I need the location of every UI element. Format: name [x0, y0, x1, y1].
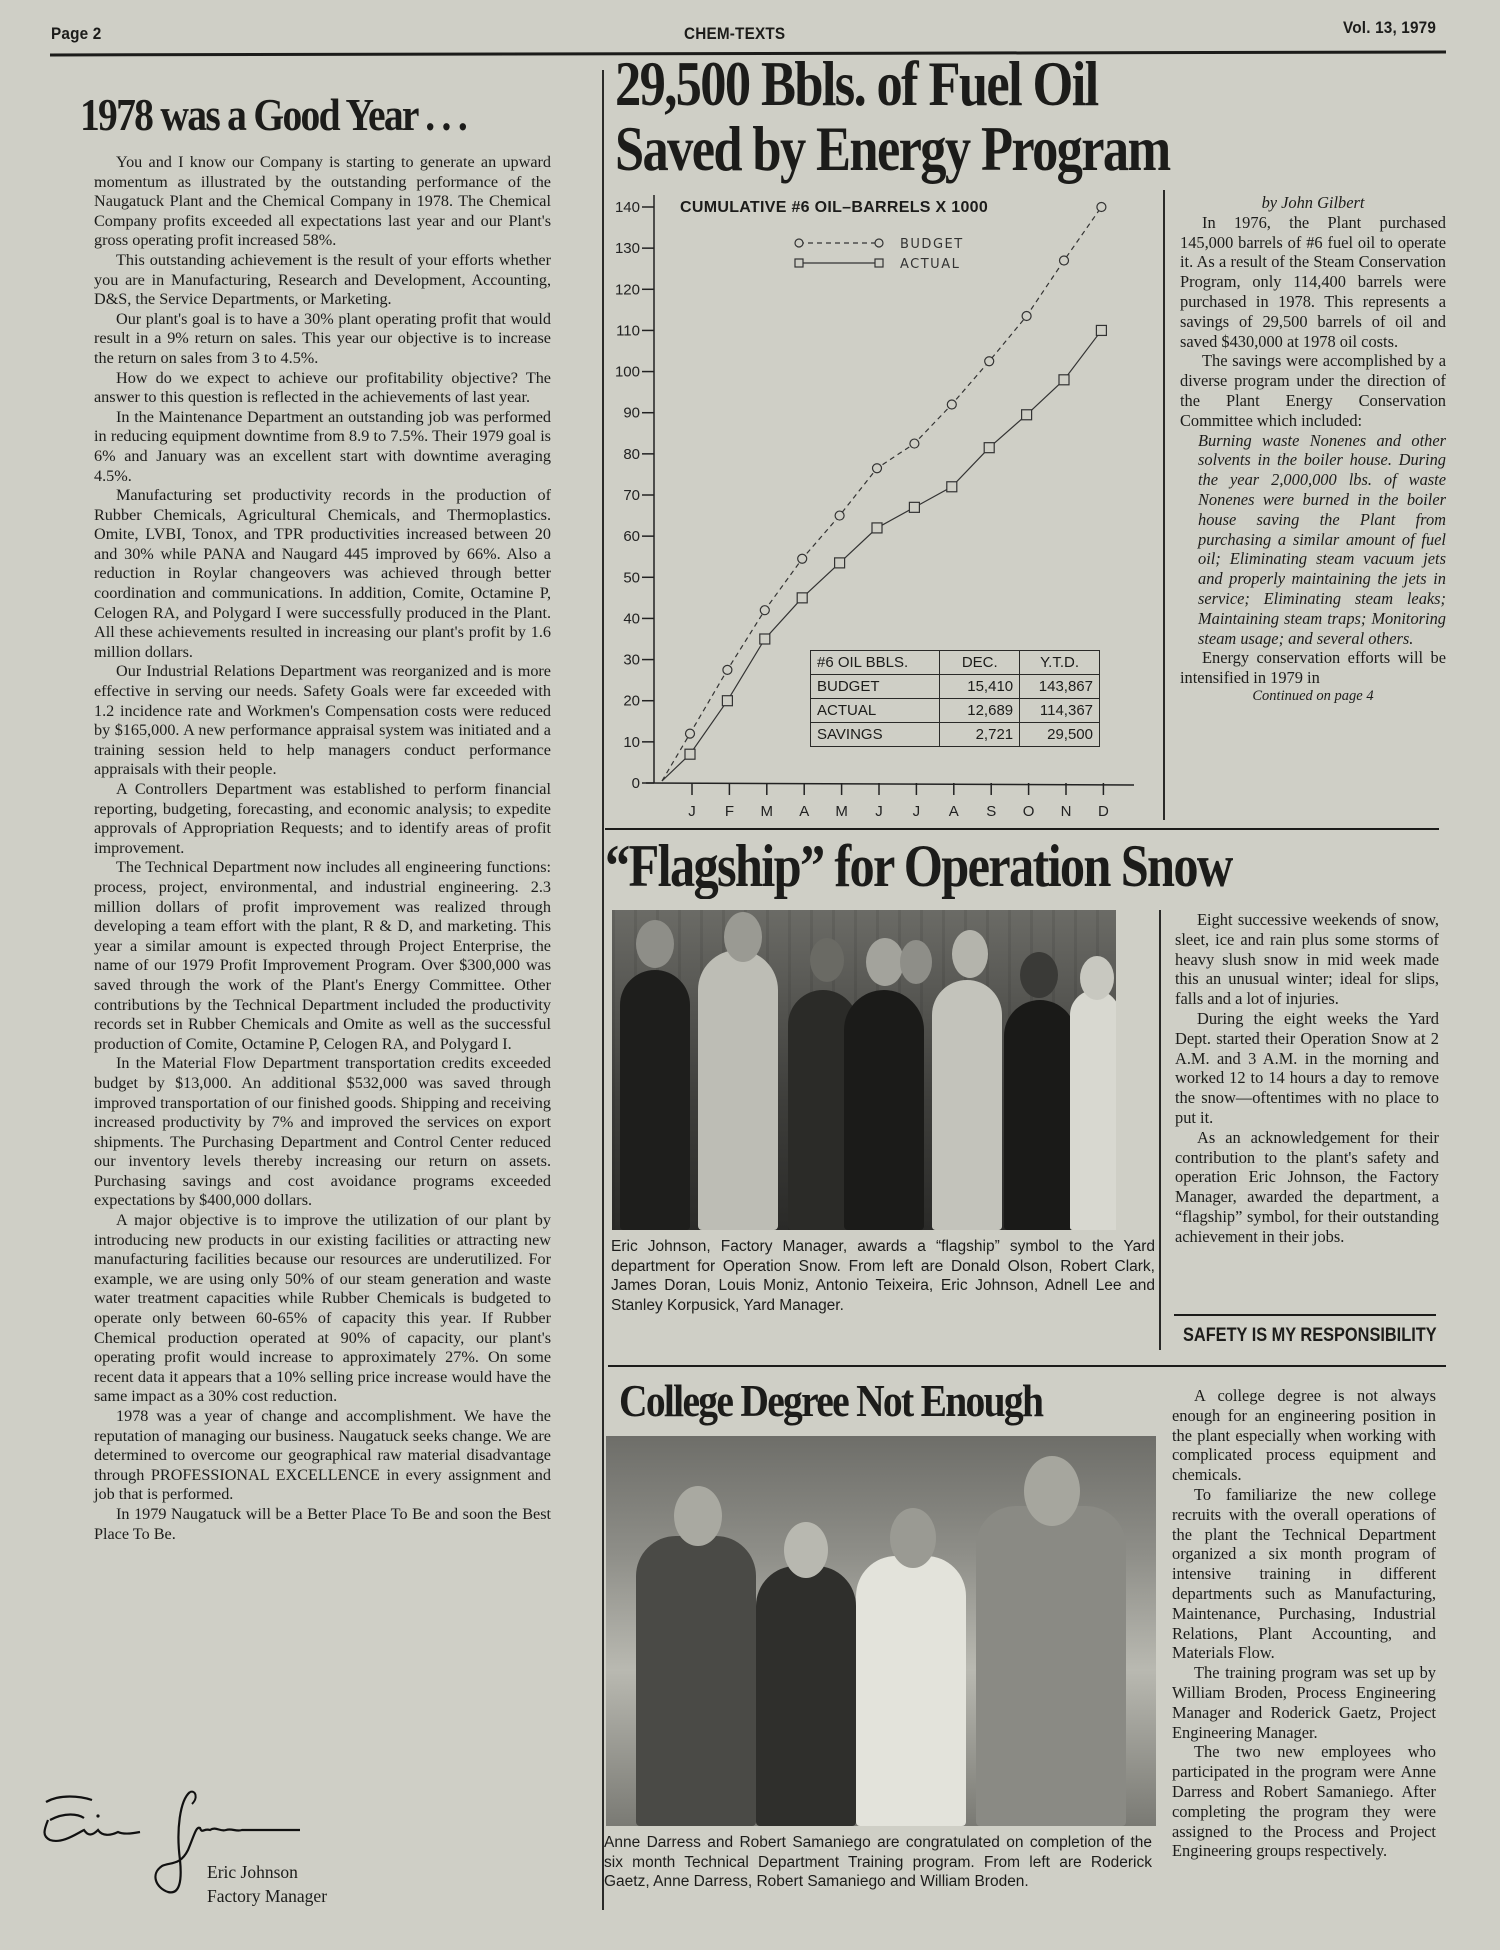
budget-point-marker — [760, 606, 769, 615]
paragraph: Energy conservation efforts will be inte… — [1180, 648, 1446, 688]
article-body: Eight successive weekends of snow, sleet… — [1175, 910, 1439, 1247]
x-tick-label: S — [986, 803, 996, 820]
y-tick-label: 10 — [623, 734, 640, 751]
yard-department-photo — [612, 910, 1116, 1230]
legend-budget-label: BUDGET — [900, 237, 964, 252]
budget-point-marker — [1060, 256, 1069, 265]
x-tick-label: A — [949, 803, 959, 820]
volume-label: Vol. 13, 1979 — [1343, 18, 1436, 38]
table-header: DEC. — [940, 651, 1020, 675]
signer-title: Factory Manager — [207, 1886, 327, 1907]
table-row: BUDGET 15,410 143,867 — [811, 675, 1100, 699]
y-tick-label: 20 — [623, 693, 640, 710]
y-tick-label: 120 — [615, 281, 640, 298]
paragraph: This outstanding achievement is the resu… — [94, 251, 551, 310]
budget-point-marker — [873, 464, 882, 473]
x-tick-label: N — [1061, 803, 1072, 820]
table-header-row: #6 OIL BBLS. DEC. Y.T.D. — [811, 651, 1100, 675]
paragraph: During the eight weeks the Yard Dept. st… — [1175, 1009, 1439, 1128]
actual-point-marker — [909, 502, 919, 512]
article-title: College Degree Not Enough — [619, 1378, 1042, 1424]
legend-actual-label: ACTUAL — [900, 257, 960, 272]
actual-point-marker — [1096, 325, 1106, 335]
continued-link[interactable]: Continued on page 4 — [1180, 688, 1446, 704]
paragraph: 1978 was a year of change and accomplish… — [94, 1407, 551, 1505]
actual-point-marker — [685, 749, 695, 759]
y-tick-label: 60 — [623, 528, 640, 545]
section-rule — [608, 1365, 1446, 1367]
y-tick-label: 0 — [632, 775, 640, 792]
article-title: 1978 was a Good Year . . . — [80, 92, 466, 138]
y-tick-label: 90 — [623, 405, 640, 422]
photo-caption: Anne Darress and Robert Samaniego are co… — [604, 1833, 1152, 1892]
oil-savings-table: #6 OIL BBLS. DEC. Y.T.D. BUDGET 15,410 1… — [810, 650, 1100, 747]
paragraph: In 1979 Naugatuck will be a Better Place… — [94, 1505, 551, 1544]
y-tick-label: 30 — [623, 652, 640, 669]
paragraph: Eight successive weekends of snow, sleet… — [1175, 910, 1439, 1009]
legend-budget-marker — [795, 239, 803, 247]
budget-point-marker — [985, 357, 994, 366]
article-body: You and I know our Company is starting t… — [94, 153, 551, 1544]
table-cell: 114,367 — [1020, 699, 1100, 723]
table-cell: BUDGET — [811, 675, 940, 699]
x-tick-label: J — [913, 803, 921, 820]
paragraph: In the Material Flow Department transpor… — [94, 1054, 551, 1211]
table-cell: 12,689 — [940, 699, 1020, 723]
x-tick-label: D — [1098, 803, 1109, 820]
actual-point-marker — [760, 634, 770, 644]
article-title-line-2: Saved by Energy Program — [615, 117, 1170, 181]
column-divider-chart — [1163, 190, 1165, 820]
safety-slogan: SAFETY IS MY RESPONSIBILITY — [1183, 1325, 1437, 1347]
actual-point-marker — [984, 443, 994, 453]
paragraph: A Controllers Department was established… — [94, 780, 551, 858]
paragraph: A college degree is not always enough fo… — [1172, 1386, 1436, 1485]
x-tick-label: A — [799, 803, 809, 820]
chart-title: CUMULATIVE #6 OIL–BARRELS X 1000 — [680, 199, 988, 217]
article-body: by John Gilbert In 1976, the Plant purch… — [1180, 193, 1446, 704]
column-divider-flagship — [1159, 910, 1161, 1350]
paragraph: Our Industrial Relations Department was … — [94, 662, 551, 780]
article-body: A college degree is not always enough fo… — [1172, 1386, 1436, 1861]
table-row: SAVINGS 2,721 29,500 — [811, 723, 1100, 747]
paragraph: The savings were accomplished by a diver… — [1180, 351, 1446, 430]
section-rule — [605, 828, 1439, 830]
y-tick-label: 70 — [623, 487, 640, 504]
y-tick-label: 50 — [623, 569, 640, 586]
budget-point-marker — [910, 439, 919, 448]
x-tick-label: M — [761, 803, 774, 820]
actual-point-marker — [722, 696, 732, 706]
page-number: Page 2 — [51, 24, 101, 44]
y-tick-label: 100 — [615, 364, 640, 381]
measures-list: Burning waste Nonenes and other solvents… — [1180, 431, 1446, 649]
x-axis — [646, 783, 1134, 785]
legend-actual-marker — [795, 259, 803, 267]
y-tick-label: 40 — [623, 610, 640, 627]
table-header: #6 OIL BBLS. — [811, 651, 940, 675]
x-tick-label: J — [875, 803, 883, 820]
paragraph: As an acknowledgement for their contribu… — [1175, 1128, 1439, 1247]
paragraph: Our plant's goal is to have a 30% plant … — [94, 310, 551, 369]
actual-point-marker — [872, 523, 882, 533]
actual-point-marker — [1059, 375, 1069, 385]
table-cell: 143,867 — [1020, 675, 1100, 699]
paragraph: The Technical Department now includes al… — [94, 858, 551, 1054]
paragraph: You and I know our Company is starting t… — [94, 153, 551, 251]
signer-name: Eric Johnson — [207, 1862, 298, 1883]
budget-point-marker — [947, 400, 956, 409]
y-tick-label: 110 — [616, 322, 640, 339]
training-program-photo — [606, 1436, 1156, 1826]
x-tick-label: F — [725, 803, 734, 820]
paragraph: A major objective is to improve the util… — [94, 1211, 551, 1407]
paragraph: Manufacturing set productivity records i… — [94, 486, 551, 662]
budget-point-marker — [798, 554, 807, 563]
column-divider-left — [602, 70, 604, 1910]
paragraph: The two new employees who participated i… — [1172, 1742, 1436, 1861]
y-tick-label: 140 — [615, 199, 640, 216]
y-tick-label: 130 — [615, 240, 640, 257]
x-tick-label: J — [688, 803, 696, 820]
actual-point-marker — [947, 482, 957, 492]
table-cell: 29,500 — [1020, 723, 1100, 747]
budget-point-marker — [835, 511, 844, 520]
paragraph: In the Maintenance Department an outstan… — [94, 408, 551, 486]
x-tick-label: O — [1023, 803, 1035, 820]
x-tick-label: M — [835, 803, 848, 820]
table-row: ACTUAL 12,689 114,367 — [811, 699, 1100, 723]
actual-point-marker — [1022, 410, 1032, 420]
publication-name: CHEM-TEXTS — [684, 24, 785, 44]
article-title-line-1: 29,500 Bbls. of Fuel Oil — [615, 52, 1098, 116]
actual-point-marker — [835, 558, 845, 568]
budget-point-marker — [686, 729, 695, 738]
table-cell: ACTUAL — [811, 699, 940, 723]
budget-point-marker — [1097, 203, 1106, 212]
photo-caption: Eric Johnson, Factory Manager, awards a … — [611, 1237, 1155, 1315]
article-title: “Flagship” for Operation Snow — [605, 836, 1232, 896]
paragraph: In 1976, the Plant purchased 145,000 bar… — [1180, 213, 1446, 352]
budget-point-marker — [1022, 312, 1031, 321]
actual-point-marker — [797, 593, 807, 603]
budget-point-marker — [723, 665, 732, 674]
slogan-rule — [1174, 1314, 1436, 1316]
byline: by John Gilbert — [1180, 193, 1446, 213]
y-tick-label: 80 — [623, 446, 640, 463]
fuel-oil-chart: 0102030405060708090100110120130140JFMAMJ… — [606, 190, 1162, 830]
table-cell: 2,721 — [940, 723, 1020, 747]
paragraph: How do we expect to achieve our profitab… — [94, 369, 551, 408]
table-cell: 15,410 — [940, 675, 1020, 699]
paragraph: The training program was set up by Willi… — [1172, 1663, 1436, 1742]
table-header: Y.T.D. — [1020, 651, 1100, 675]
table-cell: SAVINGS — [811, 723, 940, 747]
paragraph: To familiarize the new college recruits … — [1172, 1485, 1436, 1663]
